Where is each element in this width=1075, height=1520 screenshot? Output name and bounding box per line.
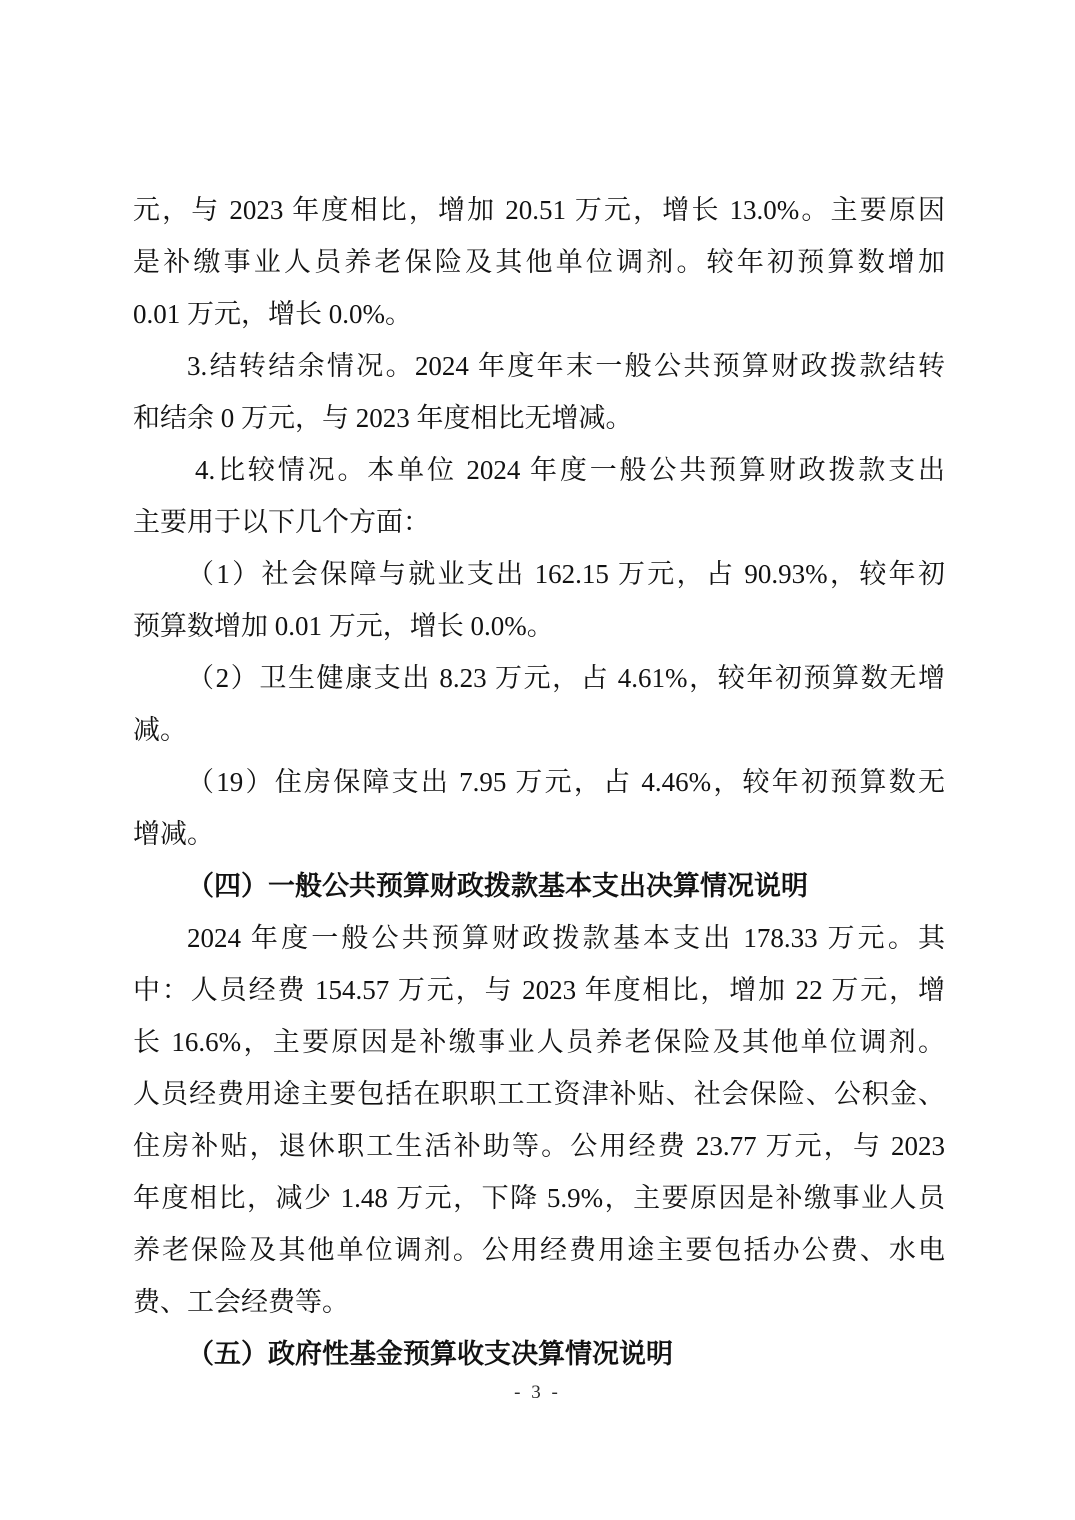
paragraph-line: 2024 年度一般公共预算财政拨款基本支出 178.33 万元。其 xyxy=(133,912,945,964)
document-body: 元，与 2023 年度相比，增加 20.51 万元，增长 13.0%。主要原因 … xyxy=(133,184,945,1380)
paragraph-line: 养老保险及其他单位调剂。公用经费用途主要包括办公费、水电 xyxy=(133,1224,945,1276)
paragraph-line: 费、工会经费等。 xyxy=(133,1276,945,1328)
paragraph-line: 住房补贴，退休职工生活补助等。公用经费 23.77 万元，与 2023 xyxy=(133,1120,945,1172)
paragraph-line: 元，与 2023 年度相比，增加 20.51 万元，增长 13.0%。主要原因 xyxy=(133,184,945,236)
page-footer: - 3 - xyxy=(0,1382,1075,1404)
paragraph-line: 预算数增加 0.01 万元，增长 0.0%。 xyxy=(133,600,945,652)
paragraph-line: 长 16.6%，主要原因是补缴事业人员养老保险及其他单位调剂。 xyxy=(133,1016,945,1068)
paragraph-line: 减。 xyxy=(133,704,945,756)
section-heading: （四）一般公共预算财政拨款基本支出决算情况说明 xyxy=(133,860,945,912)
paragraph-line: （2）卫生健康支出 8.23 万元，占 4.61%，较年初预算数无增 xyxy=(133,652,945,704)
paragraph-line: 年度相比，减少 1.48 万元，下降 5.9%，主要原因是补缴事业人员 xyxy=(133,1172,945,1224)
page-number: - 3 - xyxy=(514,1382,561,1403)
paragraph-line: （1）社会保障与就业支出 162.15 万元，占 90.93%，较年初 xyxy=(133,548,945,600)
section-heading: （五）政府性基金预算收支决算情况说明 xyxy=(133,1328,945,1380)
paragraph-line: 是补缴事业人员养老保险及其他单位调剂。较年初预算数增加 xyxy=(133,236,945,288)
paragraph-line: 3.结转结余情况。2024 年度年末一般公共预算财政拨款结转 xyxy=(133,340,945,392)
paragraph-line: 中：人员经费 154.57 万元，与 2023 年度相比，增加 22 万元，增 xyxy=(133,964,945,1016)
paragraph-line: 主要用于以下几个方面： xyxy=(133,496,945,548)
paragraph-line: 增减。 xyxy=(133,808,945,860)
document-page: 元，与 2023 年度相比，增加 20.51 万元，增长 13.0%。主要原因 … xyxy=(0,0,1075,1520)
paragraph-line: （19）住房保障支出 7.95 万元，占 4.46%，较年初预算数无 xyxy=(133,756,945,808)
paragraph-line: 4.比较情况。本单位 2024 年度一般公共预算财政拨款支出 xyxy=(133,444,945,496)
paragraph-line: 人员经费用途主要包括在职职工工资津补贴、社会保险、公积金、 xyxy=(133,1068,945,1120)
paragraph-line: 和结余 0 万元，与 2023 年度相比无增减。 xyxy=(133,392,945,444)
paragraph-line: 0.01 万元，增长 0.0%。 xyxy=(133,288,945,340)
